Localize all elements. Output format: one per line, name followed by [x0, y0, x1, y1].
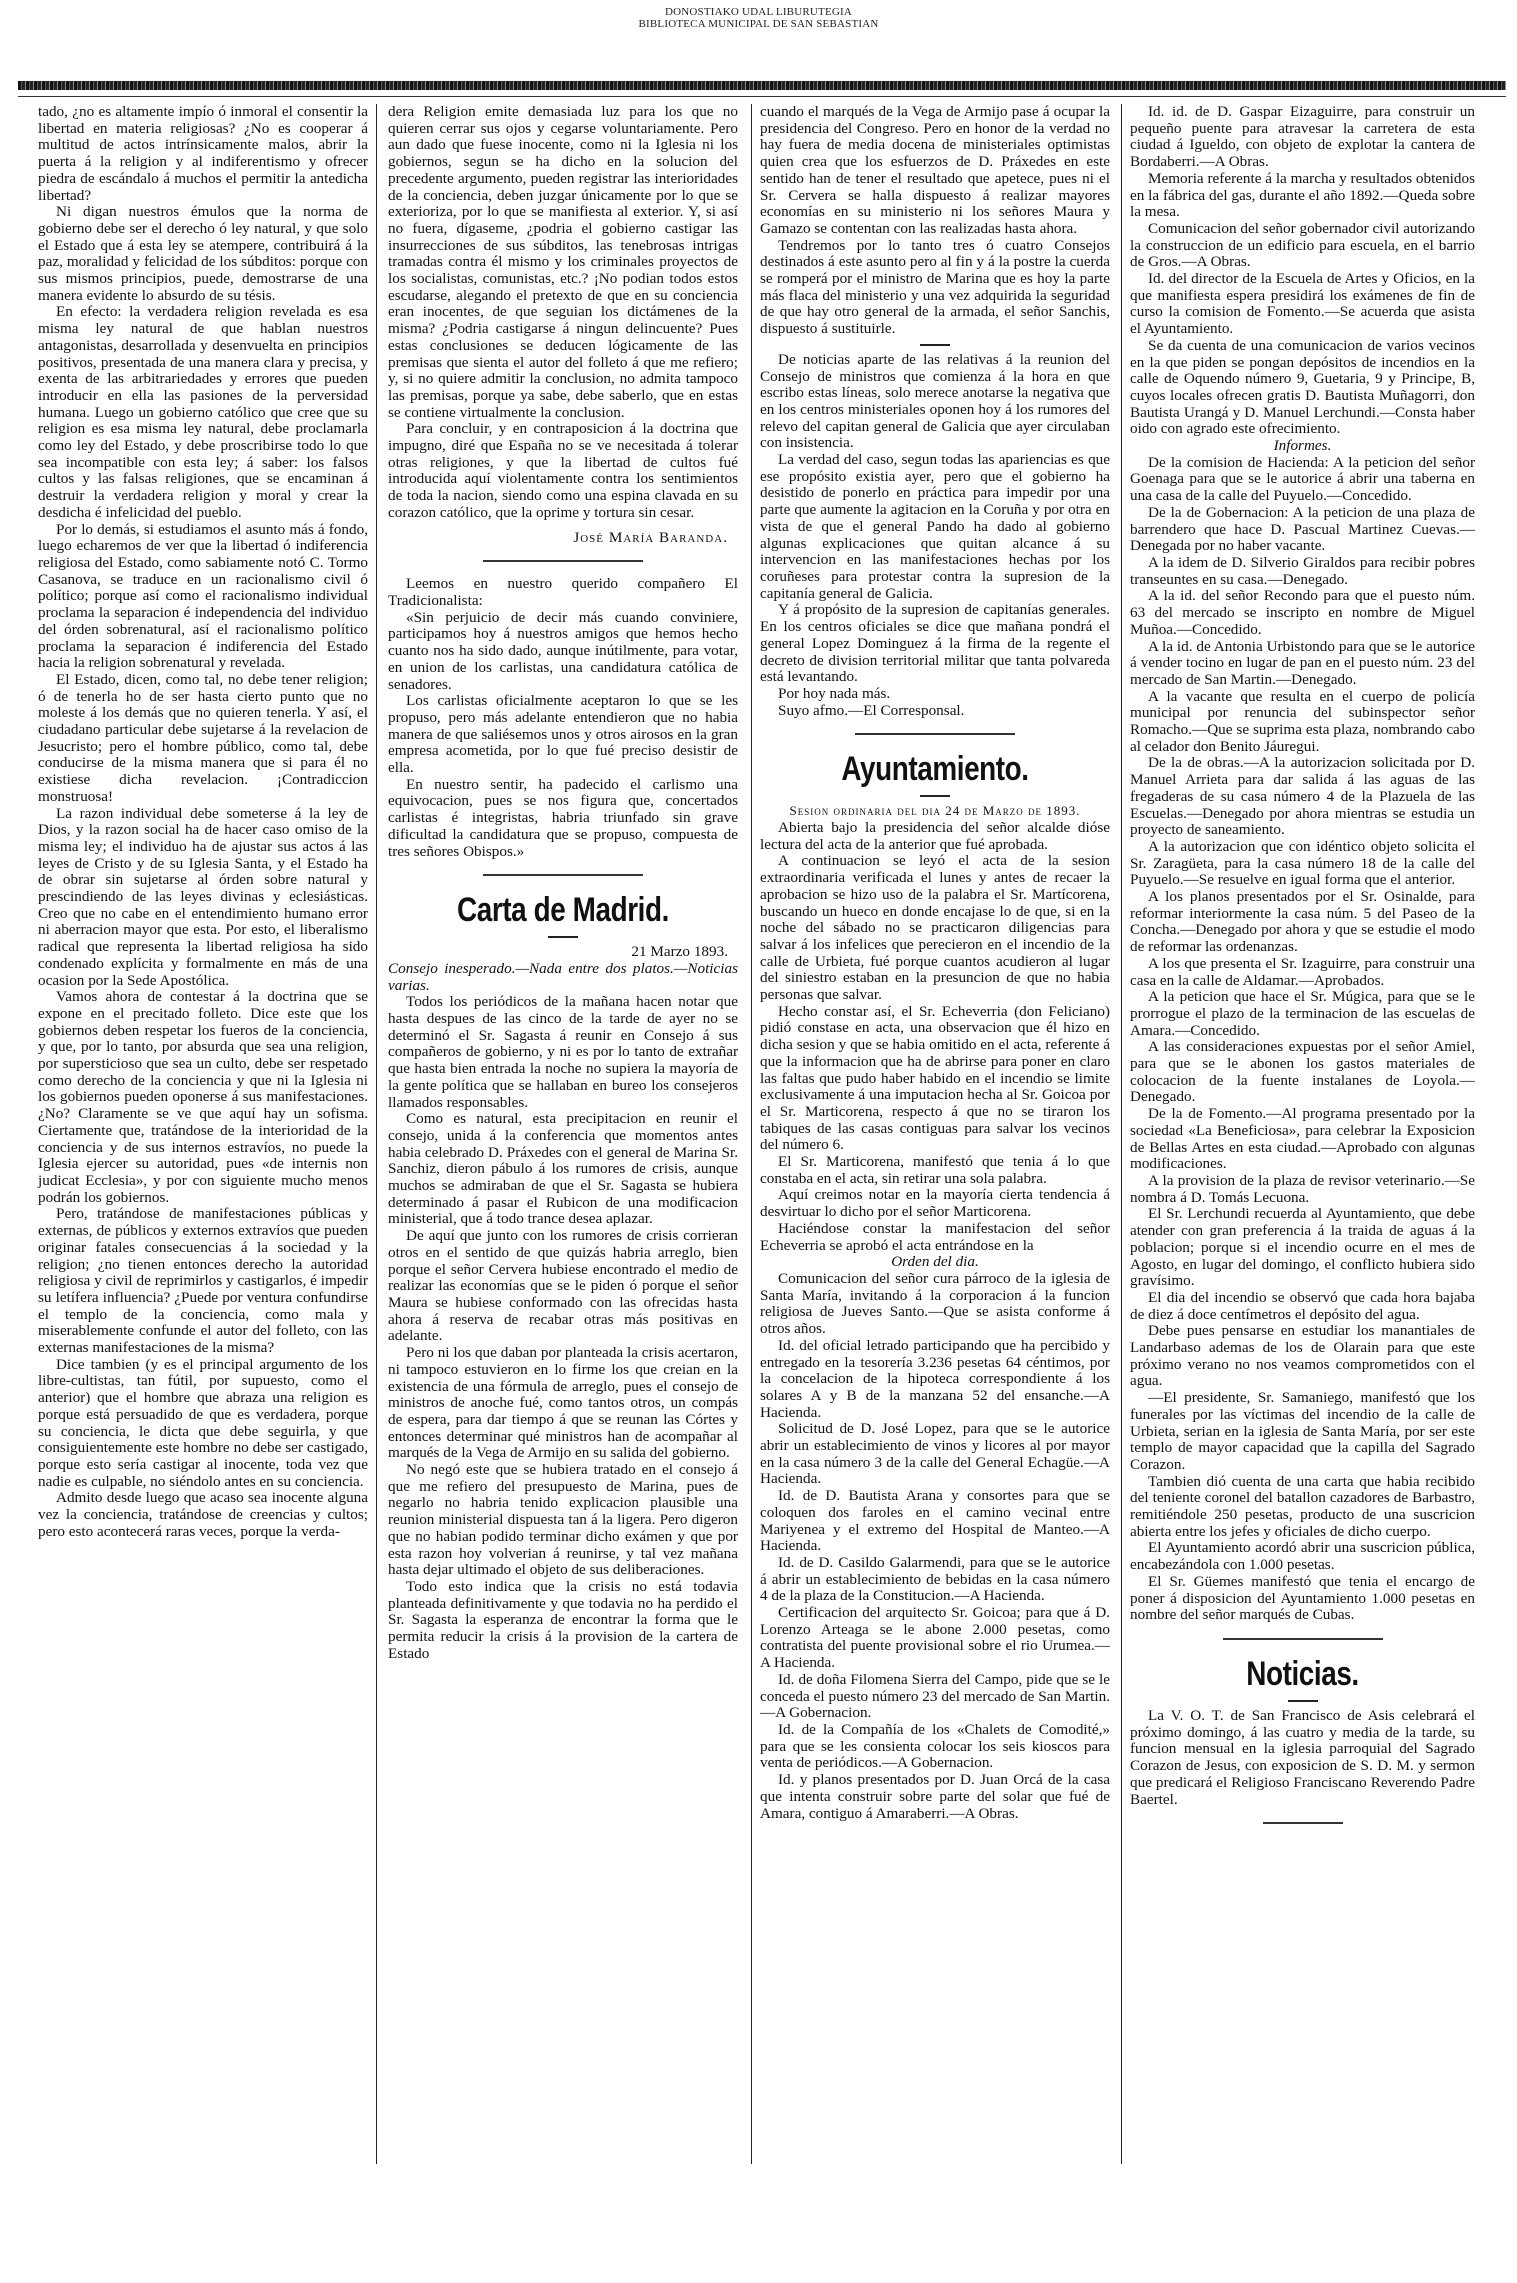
paragraph: De la de Fomento.—Al programa presentado…	[1130, 1106, 1475, 1173]
paragraph: Los carlistas oficialmente aceptaron lo …	[388, 693, 738, 777]
paragraph: Haciéndose constar la manifestacion del …	[760, 1221, 1110, 1254]
paragraph: La verdad del caso, segun todas las apar…	[760, 452, 1110, 602]
archive-header: DONOSTIAKO UDAL LIBURUTEGIA BIBLIOTECA M…	[0, 6, 1517, 30]
paragraph: cuando el marqués de la Vega de Armijo p…	[760, 104, 1110, 238]
paragraph: Id. del director de la Escuela de Artes …	[1130, 271, 1475, 338]
paragraph: Comunicacion del señor cura párroco de l…	[760, 1271, 1110, 1338]
paragraph: Pero ni los que daban por planteada la c…	[388, 1345, 738, 1462]
paragraph: A la vacante que resulta en el cuerpo de…	[1130, 689, 1475, 756]
paragraph: Pero, tratándose de manifestaciones públ…	[38, 1206, 368, 1356]
paragraph: Tendremos por lo tanto tres ó cuatro Con…	[760, 238, 1110, 338]
paragraph: La V. O. T. de San Francisco de Asis cel…	[1130, 1708, 1475, 1808]
paragraph: Debe pues pensarse en estudiar los manan…	[1130, 1323, 1475, 1390]
paragraph: Aquí creimos notar en la mayoría cierta …	[760, 1187, 1110, 1220]
column-2: dera Religion emite demasiada luz para l…	[388, 104, 738, 1662]
paragraph: A la provision de la plaza de revisor ve…	[1130, 1173, 1475, 1206]
article-signature: José María Baranda.	[388, 530, 728, 547]
paragraph: De la de obras.—A la autorizacion solici…	[1130, 755, 1475, 839]
paragraph: El Sr. Güemes manifestó que tenia el enc…	[1130, 1574, 1475, 1624]
short-rule	[548, 936, 578, 938]
column-4: Id. id. de D. Gaspar Eizaguirre, para co…	[1130, 104, 1475, 1838]
column-3: cuando el marqués de la Vega de Armijo p…	[760, 104, 1110, 1822]
paragraph: El Estado, dicen, como tal, no debe tene…	[38, 672, 368, 806]
paragraph: Memoria referente á la marcha y resultad…	[1130, 171, 1475, 221]
paragraph: Por hoy nada más.	[760, 686, 1110, 703]
paragraph: De la comision de Hacienda: A la peticio…	[1130, 455, 1475, 505]
session-title: Sesion ordinaria del dia 24 de Marzo de …	[760, 803, 1110, 820]
paragraph: A continuacion se leyó el acta de la ses…	[760, 853, 1110, 1003]
masthead-rule	[18, 96, 1506, 97]
short-rule	[920, 795, 950, 797]
short-rule	[1288, 1700, 1318, 1702]
paragraph: A la autorizacion que con idéntico objet…	[1130, 839, 1475, 889]
masthead-ornament-band	[18, 81, 1506, 90]
paragraph: El Sr. Marticorena, manifestó que tenia …	[760, 1154, 1110, 1187]
section-separator	[483, 560, 643, 562]
paragraph: Todo esto indica que la crisis no está t…	[388, 1579, 738, 1663]
subhead-orden-del-dia: Orden del dia.	[760, 1254, 1110, 1271]
paragraph: A la peticion que hace el Sr. Múgica, pa…	[1130, 989, 1475, 1039]
headline-carta-de-madrid: Carta de Madrid.	[420, 890, 707, 930]
dateline: 21 Marzo 1893.	[388, 944, 728, 961]
paragraph: Id. de doña Filomena Sierra del Campo, p…	[760, 1672, 1110, 1722]
paragraph: A la id. del señor Recondo para que el p…	[1130, 588, 1475, 638]
paragraph: A la id. de Antonia Urbistondo para que …	[1130, 639, 1475, 689]
subhead-informes: Informes.	[1130, 438, 1475, 455]
section-separator	[855, 733, 1015, 735]
paragraph: El dia del incendio se observó que cada …	[1130, 1290, 1475, 1323]
archive-header-line2: BIBLIOTECA MUNICIPAL DE SAN SEBASTIAN	[0, 18, 1517, 30]
paragraph: Id. de D. Casildo Galarmendi, para que s…	[760, 1555, 1110, 1605]
column-divider	[1121, 104, 1122, 2164]
paragraph: El Ayuntamiento acordó abrir una suscric…	[1130, 1540, 1475, 1573]
paragraph: Dice tambien (y es el principal argument…	[38, 1357, 368, 1491]
paragraph: De noticias aparte de las relativas á la…	[760, 352, 1110, 452]
paragraph: dera Religion emite demasiada luz para l…	[388, 104, 738, 421]
paragraph: Y á propósito de la supresion de capitan…	[760, 602, 1110, 686]
short-rule	[920, 344, 950, 346]
paragraph: Vamos ahora de contestar á la doctrina q…	[38, 989, 368, 1206]
paragraph: Certificacion del arquitecto Sr. Goicoa;…	[760, 1605, 1110, 1672]
paragraph: Id. de D. Bautista Arana y consortes par…	[760, 1488, 1110, 1555]
paragraph: Comunicacion del señor gobernador civil …	[1130, 221, 1475, 271]
paragraph: Todos los periódicos de la mañana hacen …	[388, 994, 738, 1111]
paragraph: En efecto: la verdadera religion revelad…	[38, 304, 368, 521]
paragraph: Id. id. de D. Gaspar Eizaguirre, para co…	[1130, 104, 1475, 171]
paragraph: tado, ¿no es altamente impío ó inmoral e…	[38, 104, 368, 204]
archive-header-line1: DONOSTIAKO UDAL LIBURUTEGIA	[0, 6, 1517, 18]
paragraph: Ni digan nuestros émulos que la norma de…	[38, 204, 368, 304]
paragraph: Se da cuenta de una comunicacion de vari…	[1130, 338, 1475, 438]
paragraph: El Sr. Lerchundi recuerda al Ayuntamient…	[1130, 1206, 1475, 1290]
paragraph: —El presidente, Sr. Samaniego, manifestó…	[1130, 1390, 1475, 1474]
paragraph: De aquí que junto con los rumores de cri…	[388, 1228, 738, 1345]
paragraph: Id. del oficial letrado participando que…	[760, 1338, 1110, 1422]
paragraph: «Sin perjuicio de decir más cuando convi…	[388, 610, 738, 694]
paragraph: La razon individual debe someterse á la …	[38, 806, 368, 990]
paragraph: A los que presenta el Sr. Izaguirre, par…	[1130, 956, 1475, 989]
paragraph: Leemos en nuestro querido compañero El T…	[388, 576, 738, 609]
paragraph: A la idem de D. Silverio Giraldos para r…	[1130, 555, 1475, 588]
paragraph: Id. de la Compañía de los «Chalets de Co…	[760, 1722, 1110, 1772]
paragraph: Solicitud de D. José Lopez, para que se …	[760, 1421, 1110, 1488]
paragraph: Por lo demás, si estudiamos el asunto má…	[38, 522, 368, 672]
correspondent-signoff: Suyo afmo.—El Corresponsal.	[760, 703, 1110, 720]
paragraph: De la de Gobernacion: A la peticion de u…	[1130, 505, 1475, 555]
paragraph: Tambien dió cuenta de una carta que habi…	[1130, 1474, 1475, 1541]
paragraph: Admito desde luego que acaso sea inocent…	[38, 1490, 368, 1540]
newspaper-columns: tado, ¿no es altamente impío ó inmoral e…	[0, 104, 1517, 2274]
section-separator	[1223, 1638, 1383, 1640]
paragraph: A las consideraciones expuestas por el s…	[1130, 1039, 1475, 1106]
column-divider	[751, 104, 752, 2164]
section-separator	[483, 874, 643, 876]
headline-noticias: Noticias.	[1161, 1654, 1444, 1694]
paragraph: Abierta bajo la presidencia del señor al…	[760, 820, 1110, 853]
column-divider	[376, 104, 377, 2164]
paragraph: Hecho constar así, el Sr. Echeverria (do…	[760, 1004, 1110, 1154]
paragraph: A los planos presentados por el Sr. Osin…	[1130, 889, 1475, 956]
paragraph: En nuestro sentir, ha padecido el carlis…	[388, 777, 738, 861]
paragraph: Para concluir, y en contraposicion á la …	[388, 421, 738, 521]
headline-ayuntamiento: Ayuntamiento.	[792, 749, 1079, 789]
section-separator	[1263, 1822, 1343, 1824]
paragraph: Id. y planos presentados por D. Juan Orc…	[760, 1772, 1110, 1822]
article-summary: Consejo inesperado.—Nada entre dos plato…	[388, 961, 738, 994]
paragraph: No negó este que se hubiera tratado en e…	[388, 1462, 738, 1579]
paragraph: Como es natural, esta precipitacion en r…	[388, 1111, 738, 1228]
column-1-religion-article: tado, ¿no es altamente impío ó inmoral e…	[38, 104, 368, 1540]
